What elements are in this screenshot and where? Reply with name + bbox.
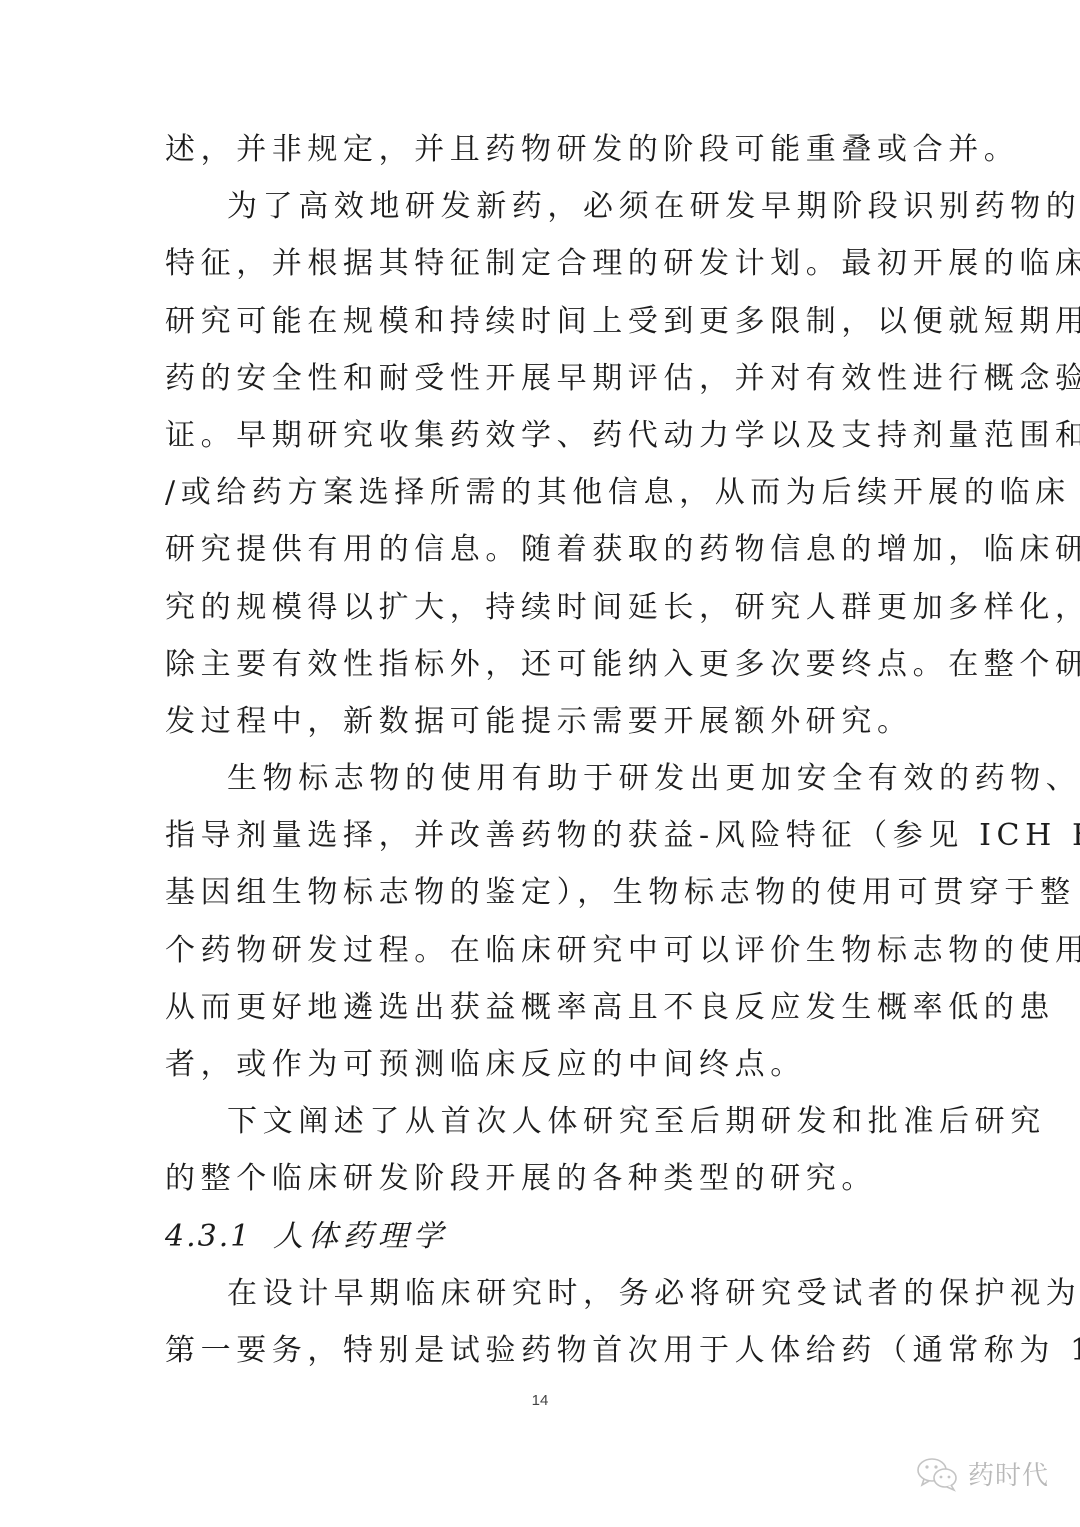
text-line: 第一要务，特别是试验药物首次用于人体给药（通常称为 1 — [165, 1327, 925, 1384]
text-line: 述，并非规定，并且药物研发的阶段可能重叠或合并。 — [165, 126, 925, 183]
text-line: 研究可能在规模和持续时间上受到更多限制，以便就短期用 — [165, 298, 925, 355]
text-line: 研究提供有用的信息。随着获取的药物信息的增加，临床研 — [165, 526, 925, 583]
text-line: 特征，并根据其特征制定合理的研发计划。最初开展的临床 — [165, 240, 925, 297]
watermark-label: 药时代 — [968, 1455, 1049, 1492]
text-line: 药的安全性和耐受性开展早期评估，并对有效性进行概念验 — [165, 355, 925, 412]
page-number: 14 — [0, 1392, 1080, 1409]
text-line: 基因组生物标志物的鉴定），生物标志物的使用可贯穿于整 — [165, 869, 925, 926]
text-line: 从而更好地遴选出获益概率高且不良反应发生概率低的患 — [165, 984, 925, 1041]
text-line: 者，或作为可预测临床反应的中间终点。 — [165, 1041, 925, 1098]
section-heading: 4.3.1人体药理学 — [165, 1213, 925, 1270]
document-body: 述，并非规定，并且药物研发的阶段可能重叠或合并。 为了高效地研发新药，必须在研发… — [165, 126, 925, 1384]
text-line: 在设计早期临床研究时，务必将研究受试者的保护视为 — [165, 1270, 925, 1327]
text-line: /或给药方案选择所需的其他信息，从而为后续开展的临床 — [165, 469, 925, 526]
text-line: 指导剂量选择，并改善药物的获益-风险特征（参见 ICH E16 — [165, 812, 925, 869]
text-line: 究的规模得以扩大，持续时间延长，研究人群更加多样化， — [165, 584, 925, 641]
section-number: 4.3.1 — [165, 1213, 273, 1261]
text-line: 证。早期研究收集药效学、药代动力学以及支持剂量范围和 — [165, 412, 925, 469]
text-line: 的整个临床研发阶段开展的各种类型的研究。 — [165, 1155, 925, 1212]
text-line: 个药物研发过程。在临床研究中可以评价生物标志物的使用， — [165, 927, 925, 984]
text-line: 下文阐述了从首次人体研究至后期研发和批准后研究 — [165, 1098, 925, 1155]
text-line: 除主要有效性指标外，还可能纳入更多次要终点。在整个研 — [165, 641, 925, 698]
text-line: 发过程中，新数据可能提示需要开展额外研究。 — [165, 698, 925, 755]
text-line: 为了高效地研发新药，必须在研发早期阶段识别药物的 — [165, 183, 925, 240]
text-line: 生物标志物的使用有助于研发出更加安全有效的药物、 — [165, 755, 925, 812]
watermark: 药时代 — [916, 1455, 1049, 1492]
wechat-icon — [916, 1456, 960, 1492]
section-title: 人体药理学 — [273, 1219, 448, 1254]
